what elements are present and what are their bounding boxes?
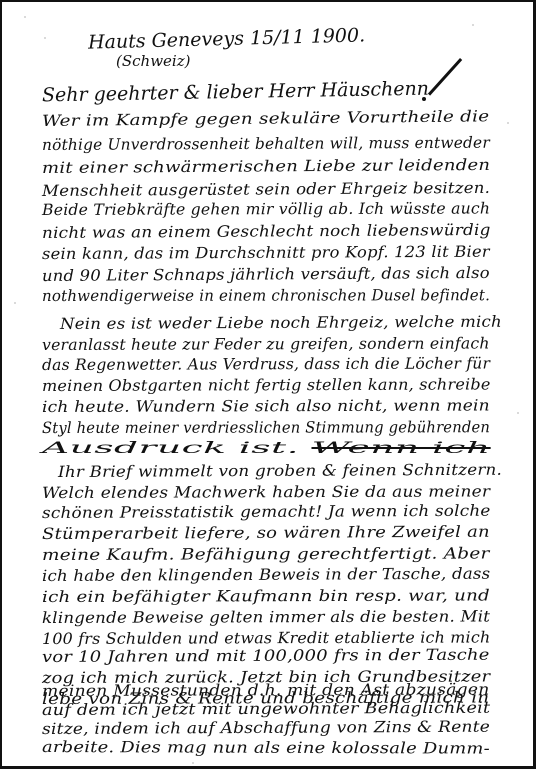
paper-speck (507, 122, 509, 124)
body-line: sitze, indem ich auf Abschaffung von Zin… (42, 718, 490, 738)
body-line: meine Kaufm. Befähigung gerechtfertigt. … (42, 544, 490, 564)
body-line: Wer im Kampfe gegen sekuläre Vorurtheile… (42, 107, 490, 130)
body-line: nothwendigerweise in einem chronischen D… (42, 286, 490, 305)
body-line: nöthige Unverdrossenheit behalten will, … (42, 134, 490, 154)
body-line: schönen Preisstatistik gemacht! Ja wenn … (42, 502, 491, 522)
paper-speck (517, 412, 519, 414)
letter-dateline: Hauts Geneveys 15/11 1900. (88, 24, 366, 53)
body-line: Ihr Brief wimmelt von groben & feinen Sc… (58, 461, 502, 481)
body-line: Menschheit ausgerüstet sein oder Ehrgeiz… (42, 179, 490, 200)
paper-speck (472, 24, 474, 26)
body-line: ich ein befähigter Kaufmann bin resp. wa… (42, 586, 490, 606)
letter-place-note: (Schweiz) (116, 52, 190, 70)
salutation-text: Sehr geehrter & lieber Herr Häuschenn (42, 78, 429, 107)
exclamation-mark-stroke (428, 58, 462, 96)
body-line: ich heute. Wundern Sie sich also nicht, … (42, 396, 490, 416)
letter-page: Hauts Geneveys 15/11 1900. (Schweiz) Seh… (0, 0, 536, 769)
paper-speck (24, 16, 26, 18)
body-line: mit einer schwärmerischen Liebe zur leid… (42, 156, 490, 177)
body-line: Styl heute meiner verdriesslichen Stimmu… (42, 418, 490, 437)
body-line: nicht was an einem Geschlecht noch liebe… (42, 221, 491, 242)
body-line: auf dem ich jetzt mit ungewohnter Behagl… (42, 699, 490, 719)
exclamation-mark-dot (422, 97, 426, 101)
body-line: das Regenwetter. Aus Verdruss, dass ich … (42, 354, 490, 374)
body-line: meinen Mussestunden d.h. mit den Ast abz… (42, 680, 490, 700)
body-line-text: Ausdruck ist. (42, 439, 299, 457)
body-line: Nein es ist weder Liebe noch Ehrgeiz, we… (60, 313, 502, 333)
paper-speck (14, 302, 16, 304)
paper-speck (44, 37, 46, 39)
body-line: arbeite. Dies mag nun als eine kolossale… (42, 738, 490, 758)
body-line: Welch elendes Machwerk haben Sie da aus … (42, 482, 490, 502)
body-line: ich habe den klingenden Beweis in der Ta… (42, 565, 490, 585)
struck-out-word: Wenn ich (311, 439, 490, 457)
paper-speck (192, 762, 194, 764)
body-line: veranlasst heute zur Feder zu greifen, s… (42, 334, 490, 354)
letter-salutation: Sehr geehrter & lieber Herr Häuschenn (42, 78, 429, 107)
body-line: und 90 Liter Schnaps jährlich versäuft, … (42, 264, 490, 285)
body-line: sein kann, das im Durchschnitt pro Kopf.… (42, 243, 490, 263)
body-line: meinen Obstgarten nicht fertig stellen k… (42, 375, 491, 395)
body-line: Stümperarbeit liefere, so wären Ihre Zwe… (42, 523, 490, 543)
body-line: vor 10 Jahren und mit 100,000 frs in der… (42, 646, 490, 666)
body-line-with-correction: Ausdruck ist. Wenn ich (42, 439, 491, 457)
body-line: Beide Triebkräfte gehen mir völlig ab. I… (42, 199, 490, 219)
body-line: klingende Beweise gelten immer als die b… (42, 607, 490, 627)
